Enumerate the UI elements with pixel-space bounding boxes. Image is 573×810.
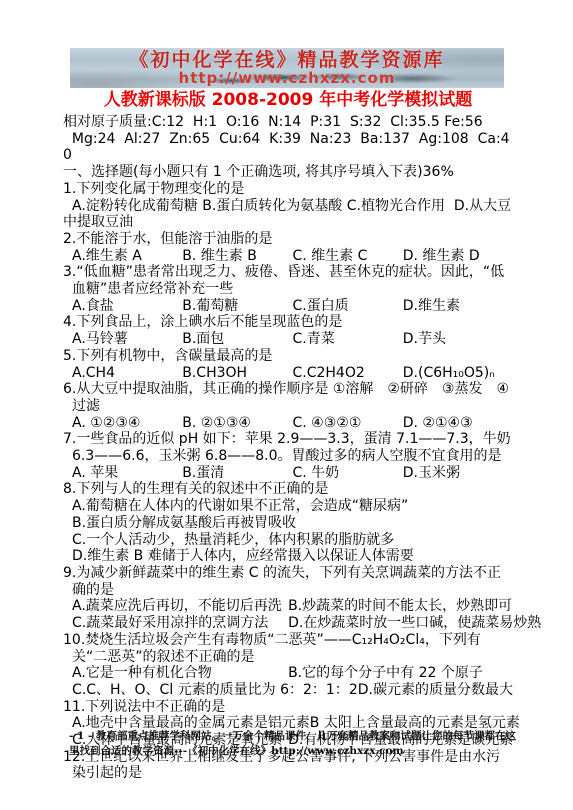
option-D: D.(C6H₁₀O5)ₙ [403, 365, 513, 382]
question-stem: 1.下列变化属于物理变化的是 [63, 181, 513, 198]
option-B: B.它的每个分子中有 22 个原子 [288, 665, 483, 682]
question-stem: 8.下列与人的生理有关的叙述中不正确的是 [63, 481, 513, 498]
option-B: B.葡萄糖 [182, 298, 292, 315]
option-A: A.淀粉转化成葡萄糖 [72, 198, 198, 214]
question-10: 10.焚烧生活垃圾会产生有毒物质“二恶英”——C₁₂H₄O₂Cl₄，下列有关“二… [63, 632, 513, 699]
question-number: 6. [63, 381, 76, 397]
option-C: C. 牛奶 [293, 465, 403, 482]
option-A: A.它是一种有机化合物 [72, 665, 288, 682]
option-A: A. ①②③④ [72, 415, 182, 432]
question-7: 7.一些食品的近似 pH 如下：苹果 2.9——3.3，蛋清 7.1——7.3，… [63, 431, 513, 481]
option-B: B.蛋白质转化为氨基酸 [202, 198, 342, 214]
options-row: A.淀粉转化成葡萄糖 B.蛋白质转化为氨基酸 C.植物光合作用 D.从大豆中提取… [63, 198, 513, 231]
option-C: C. 维生素 C [293, 248, 403, 265]
option-C: C.蛋白质 [293, 298, 403, 315]
question-stem-text: “低血糖”患者常出现乏力、疲倦、昏迷、甚至休克的症状。因此，“低血糖”患者应经常… [72, 264, 504, 297]
option-D: D. ②①④③ [403, 415, 513, 432]
option-C: C.蔬菜最好采用凉拌的烹调方法 [72, 615, 288, 632]
question-stem-text: 为减少新鲜蔬菜中的维生素 C 的流失，下列有关烹调蔬菜的方法不正确的是 [72, 565, 501, 598]
question-number: 7. [63, 431, 76, 447]
option-C: C.C、H、O、Cl 元素的质量比为 6：2：1：2 [72, 682, 358, 699]
option-D: D.在炒蔬菜时放一些口碱，使蔬菜易炒熟 [288, 615, 541, 632]
question-stem: 4.下列食品上，涂上碘水后不能呈现蓝色的是 [63, 314, 513, 331]
option-A: A.马铃薯 [72, 331, 182, 348]
option-A: A.葡萄糖在人体内的代谢如果不正常，会造成“糖尿病” [72, 498, 513, 515]
question-stem-text: 焚烧生活垃圾会产生有毒物质“二恶英”——C₁₂H₄O₂Cl₄，下列有关“二恶英”… [72, 632, 481, 665]
options-row: A.它是一种有机化合物B.它的每个分子中有 22 个原子 [63, 665, 513, 682]
question-number: 5. [63, 348, 76, 364]
option-D: D.维生素 [403, 298, 513, 315]
question-stem: 9.为减少新鲜蔬菜中的维生素 C 的流失，下列有关烹调蔬菜的方法不正确的是 [63, 565, 513, 598]
question-stem-text: 下列有机物中，含碳量最高的是 [76, 348, 272, 364]
option-A: A.维生素 A [72, 248, 182, 265]
question-number: 11. [63, 699, 85, 715]
options-row: D.维生素 B 难储于人体内，应经常摄入以保证人体需要 [63, 548, 513, 565]
site-banner: 《初中化学在线》精品教学资源库 http://www.czhxzx.com [70, 48, 504, 88]
option-B: B.炒蔬菜的时间不能太长，炒熟即可 [288, 598, 512, 615]
option-C: C.青菜 [293, 331, 403, 348]
option-D: D.碳元素的质量分数最大 [358, 682, 513, 699]
options-row: B.蛋白质分解成氨基酸后再被胃吸收 [63, 515, 513, 532]
question-stem-text: 一些食品的近似 pH 如下：苹果 2.9——3.3，蛋清 7.1——7.3，牛奶… [72, 431, 515, 464]
question-3: 3.“低血糖”患者常出现乏力、疲倦、昏迷、甚至休克的症状。因此，“低血糖”患者应… [63, 264, 513, 314]
question-stem: 10.焚烧生活垃圾会产生有毒物质“二恶英”——C₁₂H₄O₂Cl₄，下列有关“二… [63, 632, 513, 665]
question-number: 10. [63, 632, 85, 648]
option-C: C. ④③②① [293, 415, 403, 432]
question-6: 6.从大豆中提取油脂，其正确的操作顺序是 ①溶解 ②研碎 ③蒸发 ④过滤A. ①… [63, 381, 513, 431]
question-stem-text: 从大豆中提取油脂，其正确的操作顺序是 ①溶解 ②研碎 ③蒸发 ④过滤 [72, 381, 509, 414]
question-stem: 11.下列说法中不正确的是 [63, 699, 513, 716]
question-8: 8.下列与人的生理有关的叙述中不正确的是A.葡萄糖在人体内的代谢如果不正常，会造… [63, 481, 513, 565]
option-B: B.蛋清 [182, 465, 292, 482]
atomic-mass-line-1: 相对原子质量:C:12 H:1 O:16 N:14 P:31 S:32 Cl:3… [63, 114, 513, 131]
question-stem: 5.下列有机物中，含碳量最高的是 [63, 348, 513, 365]
page-footer: - 1 - 教育部重点推荐学科网站。一万余个精品课件，几万套精品教案和试题让您的… [69, 729, 517, 759]
doc-title: 人教新课标版 2008-2009 年中考化学模拟试题 [63, 90, 513, 111]
question-stem: 7.一些食品的近似 pH 如下：苹果 2.9——3.3，蛋清 7.1——7.3，… [63, 431, 513, 464]
options-row: A.维生素 AB. 维生素 BC. 维生素 CD. 维生素 D [63, 248, 513, 265]
question-5: 5.下列有机物中，含碳量最高的是A.CH4B.CH3OHC.C2H4O2D.(C… [63, 348, 513, 381]
option-D: D.芋头 [403, 331, 513, 348]
question-stem: 3.“低血糖”患者常出现乏力、疲倦、昏迷、甚至休克的症状。因此，“低血糖”患者应… [63, 264, 513, 297]
option-C: C.C2H4O2 [293, 365, 403, 382]
question-number: 3. [63, 264, 76, 280]
footer-page-number: - 1 - [69, 730, 92, 742]
banner-site-url: http://www.czhxzx.com [70, 70, 504, 87]
section-heading: 一、选择题(每小题只有 1 个正确选项, 将其序号填入下表)36% [63, 164, 513, 181]
document-page: 《初中化学在线》精品教学资源库 http://www.czhxzx.com 人教… [0, 0, 573, 810]
question-number: 4. [63, 314, 76, 330]
option-B: B.面包 [182, 331, 292, 348]
options-row: A. 苹果B.蛋清C. 牛奶D.玉米粥 [63, 465, 513, 482]
option-A: A.CH4 [72, 365, 182, 382]
option-C: C.植物光合作用 [347, 198, 445, 214]
atomic-mass-line-2: Mg:24 Al:27 Zn:65 Cu:64 K:39 Na:23 Ba:13… [63, 131, 513, 164]
content: 相对原子质量:C:12 H:1 O:16 N:14 P:31 S:32 Cl:3… [63, 114, 513, 782]
option-B: B. ②①③④ [182, 415, 292, 432]
options-row: C.蔬菜最好采用凉拌的烹调方法D.在炒蔬菜时放一些口碱，使蔬菜易炒熟 [63, 615, 513, 632]
options-row: C.一个人活动少，热量消耗少，体内积累的脂肪就多 [63, 532, 513, 549]
option-B: B.蛋白质分解成氨基酸后再被胃吸收 [72, 515, 513, 532]
option-A: A.蔬菜应洗后再切，不能切后再洗 [72, 598, 288, 615]
options-row: A.葡萄糖在人体内的代谢如果不正常，会造成“糖尿病” [63, 498, 513, 515]
question-stem-text: 不能溶于水，但能溶于油脂的是 [76, 231, 272, 247]
option-D: D.维生素 B 难储于人体内，应经常摄入以保证人体需要 [72, 548, 513, 565]
options-row: A.马铃薯B.面包C.青菜D.芋头 [63, 331, 513, 348]
question-number: 1. [63, 181, 76, 197]
question-1: 1.下列变化属于物理变化的是A.淀粉转化成葡萄糖 B.蛋白质转化为氨基酸 C.植… [63, 181, 513, 231]
question-number: 8. [63, 481, 76, 497]
option-C: C.一个人活动少，热量消耗少，体内积累的脂肪就多 [72, 532, 513, 549]
option-A: A.食盐 [72, 298, 182, 315]
question-number: 2. [63, 231, 76, 247]
question-stem-text: 下列变化属于物理变化的是 [76, 181, 244, 197]
questions: 1.下列变化属于物理变化的是A.淀粉转化成葡萄糖 B.蛋白质转化为氨基酸 C.植… [63, 181, 513, 782]
question-4: 4.下列食品上，涂上碘水后不能呈现蓝色的是A.马铃薯B.面包C.青菜D.芋头 [63, 314, 513, 347]
option-B: B. 维生素 B [182, 248, 292, 265]
question-2: 2.不能溶于水，但能溶于油脂的是A.维生素 AB. 维生素 BC. 维生素 CD… [63, 231, 513, 264]
footer-text: 教育部重点推荐学科网站。一万余个精品课件，几万套精品教案和试题让您的每节课都在这… [69, 730, 516, 757]
question-stem-text: 下列说法中不正确的是 [85, 699, 225, 715]
options-row: A.蔬菜应洗后再切，不能切后再洗B.炒蔬菜的时间不能太长，炒熟即可 [63, 598, 513, 615]
option-A: A. 苹果 [72, 465, 182, 482]
banner-site-name: 《初中化学在线》精品教学资源库 [70, 51, 504, 70]
option-D: D. 维生素 D [403, 248, 513, 265]
options-row: A. ①②③④B. ②①③④C. ④③②①D. ②①④③ [63, 415, 513, 432]
question-stem: 2.不能溶于水，但能溶于油脂的是 [63, 231, 513, 248]
question-number: 9. [63, 565, 76, 581]
question-stem-text: 下列食品上，涂上碘水后不能呈现蓝色的是 [76, 314, 342, 330]
question-stem: 6.从大豆中提取油脂，其正确的操作顺序是 ①溶解 ②研碎 ③蒸发 ④过滤 [63, 381, 513, 414]
options-row: A.食盐B.葡萄糖C.蛋白质D.维生素 [63, 298, 513, 315]
question-stem-text: 下列与人的生理有关的叙述中不正确的是 [76, 481, 328, 497]
question-9: 9.为减少新鲜蔬菜中的维生素 C 的流失，下列有关烹调蔬菜的方法不正确的是A.蔬… [63, 565, 513, 632]
option-D: D.玉米粥 [403, 465, 513, 482]
option-B: B.CH3OH [182, 365, 292, 382]
options-row: C.C、H、O、Cl 元素的质量比为 6：2：1：2D.碳元素的质量分数最大 [63, 682, 513, 699]
options-row: A.CH4B.CH3OHC.C2H4O2D.(C6H₁₀O5)ₙ [63, 365, 513, 382]
